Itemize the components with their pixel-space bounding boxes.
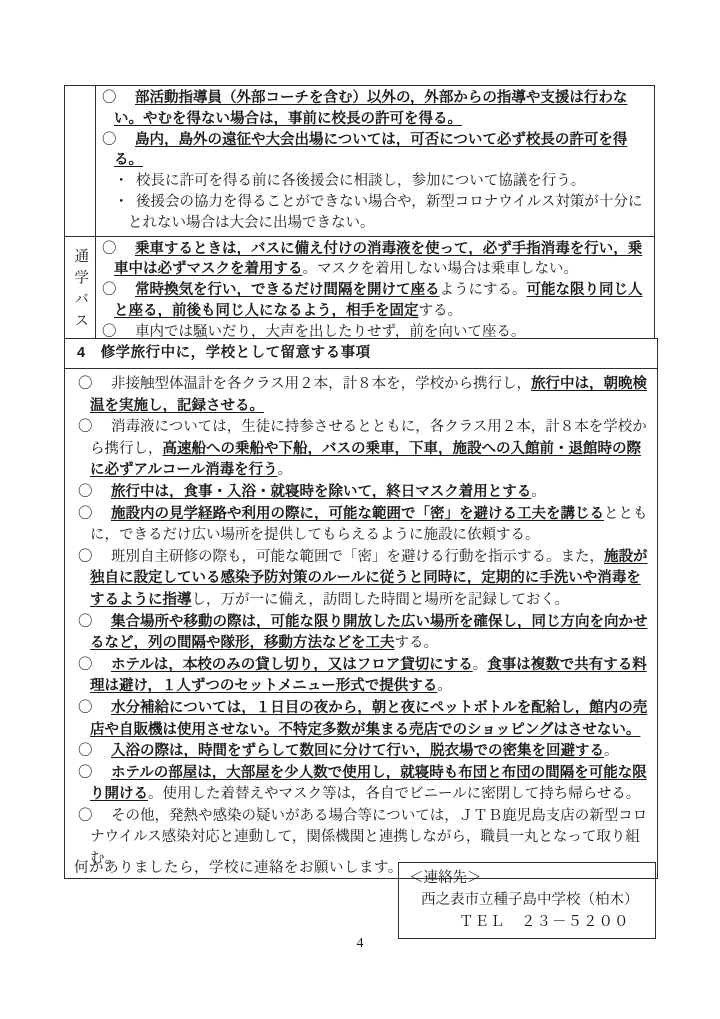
- page-number: 4: [0, 936, 720, 952]
- text-segment: 高速船への乗船や下船，バスの乗車，下車，施設への入館前・退館時の際に必ずアルコー…: [90, 441, 641, 479]
- circle-marker: 〇: [78, 612, 111, 634]
- row-content: 〇部活動指導員（外部コーチを含む）以外の，外部からの指導や支援は行わない。やむを…: [96, 86, 654, 236]
- text-segment: 校長に許可を得る前に各後援会に相談し，参加について協議を行う。: [136, 173, 585, 189]
- text-segment: ようにする。: [440, 282, 527, 298]
- circle-marker: 〇: [78, 482, 111, 504]
- row-label-commute-bus: 通学バス: [65, 237, 96, 345]
- text-segment: 。: [278, 462, 293, 478]
- row-content: 〇乗車するときは，バスに備え付けの消毒液を使って，必ず手指消毒を行い，乗車中は必…: [96, 237, 654, 345]
- circle-marker: 〇: [78, 698, 111, 720]
- text-segment: 集合場所や移動の際は，可能な限り開放した広い場所を確保し，同じ方向を向かせるなど…: [90, 614, 648, 652]
- table-row-commute-bus: 通学バス 〇乗車するときは，バスに備え付けの消毒液を使って，必ず手指消毒を行い，…: [65, 236, 654, 345]
- list-item: 〇施設内の見学経路や利用の際に，可能な範囲で「密」を避ける工夫を講じるとともに，…: [78, 504, 651, 547]
- text-segment: し，万が一に備え，訪問した時間と場所を記録しておく。: [192, 592, 570, 608]
- list-item: 〇部活動指導員（外部コーチを含む）以外の，外部からの指導や支援は行わない。やむを…: [102, 88, 650, 130]
- circle-marker: 〇: [78, 504, 111, 526]
- text-segment: する。: [419, 303, 463, 319]
- circle-marker: 〇: [102, 239, 135, 260]
- list-item: ・後援会の協力を得ることができない場合や，新型コロナウイルス対策が十分にとれない…: [102, 192, 650, 234]
- list-item: 〇水分補給については，１日目の夜から，朝と夜にペットボトルを配給し，館内の売店や…: [78, 698, 651, 741]
- list-item: 〇班別自主研修の際も，可能な範囲で「密」を避ける行動を指示する。また，施設が独自…: [78, 547, 651, 612]
- text-segment: ホテルは，本校のみの貸し切り，又はフロア貸切にする: [111, 657, 473, 673]
- circle-marker: 〇: [102, 130, 135, 151]
- section4-heading: 4 修学旅行中に，学校として留意する事項: [65, 339, 657, 369]
- row-label-empty: [65, 86, 96, 236]
- text-segment: 。: [437, 678, 452, 694]
- commute-bus-label: 通学バス: [73, 248, 88, 334]
- list-item: 〇常時換気を行い，できるだけ間隔を開けて座るようにする。可能な限り同じ人と座る，…: [102, 280, 650, 322]
- circle-marker: 〇: [102, 88, 135, 109]
- text-segment: 。使用した着替えやマスク等は，各自でビニールに密閉して持ち帰らせる。: [148, 786, 640, 802]
- list-item: 〇ホテルは，本校のみの貸し切り，又はフロア貸切にする。食事は複数で共有する料理は…: [78, 655, 651, 698]
- text-segment: 水分補給については，１日目の夜から，朝と夜にペットボトルを配給し，館内の売店や自…: [90, 700, 647, 738]
- section4-content: 〇非接触型体温計を各クラス用２本，計８本を，学校から携行し，旅行中は，朝晩検温を…: [65, 369, 657, 878]
- contact-box: ＜連絡先＞ 西之表市立種子島中学校（柏木） ＴＥＬ ２３－５２００: [398, 862, 656, 939]
- circle-marker: 〇: [78, 806, 111, 828]
- text-segment: 旅行中は，食事・入浴・就寝時を除いて，終日マスク着用とする: [111, 484, 531, 500]
- document-page: 〇部活動指導員（外部コーチを含む）以外の，外部からの指導や支援は行わない。やむを…: [0, 0, 720, 1019]
- list-item: 〇島内，島外の遠征や大会出場については，可否について必ず校長の許可を得る。: [102, 130, 650, 172]
- text-segment: 。: [531, 484, 546, 500]
- list-item: 〇乗車するときは，バスに備え付けの消毒液を使って，必ず手指消毒を行い，乗車中は必…: [102, 239, 650, 281]
- table-row-activities: 〇部活動指導員（外部コーチを含む）以外の，外部からの指導や支援は行わない。やむを…: [65, 86, 654, 236]
- list-item: 〇非接触型体温計を各クラス用２本，計８本を，学校から携行し，旅行中は，朝晩検温を…: [78, 374, 651, 417]
- list-item: 〇旅行中は，食事・入浴・就寝時を除いて，終日マスク着用とする。: [78, 482, 651, 504]
- circle-marker: 〇: [78, 741, 111, 763]
- bullet-marker: ・: [114, 171, 136, 192]
- circle-marker: 〇: [78, 417, 111, 439]
- text-segment: 後援会の協力を得ることができない場合や，新型コロナウイルス対策が十分にとれない場…: [128, 194, 642, 231]
- list-item: ・校長に許可を得る前に各後援会に相談し，参加について協議を行う。: [102, 171, 650, 192]
- circle-marker: 〇: [78, 763, 111, 785]
- circle-marker: 〇: [78, 374, 111, 396]
- conduct-rules-table: 〇部活動指導員（外部コーチを含む）以外の，外部からの指導や支援は行わない。やむを…: [64, 85, 655, 346]
- text-segment: 部活動指導員（外部コーチを含む）以外の，外部からの指導や支援は行わない。やむを得…: [114, 90, 627, 127]
- text-segment: 施設内の見学経路や利用の際に，可能な範囲で「密」を避ける工夫を講じる: [111, 506, 604, 522]
- list-item: 〇ホテルの部屋は，大部屋を少人数で使用し，就寝時も布団と布団の間隔を可能な限り開…: [78, 763, 651, 806]
- circle-marker: 〇: [102, 280, 135, 301]
- text-segment: 入浴の際は，時間をずらして数回に分けて行い，脱衣場での密集を回避する: [111, 743, 604, 759]
- contact-phone: ＴＥＬ ２３－５２００: [399, 911, 655, 933]
- circle-marker: 〇: [78, 655, 111, 677]
- bullet-marker: ・: [114, 192, 136, 213]
- list-item: 〇入浴の際は，時間をずらして数回に分けて行い，脱衣場での密集を回避する。: [78, 741, 651, 763]
- section4-table: 4 修学旅行中に，学校として留意する事項 〇非接触型体温計を各クラス用２本，計８…: [64, 338, 658, 879]
- circle-marker: 〇: [78, 547, 111, 569]
- text-segment: する。: [395, 635, 439, 651]
- closing-note: 何かありましたら，学校に連絡をお願いします。: [74, 856, 403, 877]
- text-segment: 非接触型体温計を各クラス用２本，計８本を，学校から携行し，: [111, 376, 531, 392]
- contact-school-name: 西之表市立種子島中学校（柏木）: [399, 889, 655, 911]
- contact-title: ＜連絡先＞: [399, 867, 655, 889]
- list-item: 〇集合場所や移動の際は，可能な限り開放した広い場所を確保し，同じ方向を向かせるな…: [78, 612, 651, 655]
- text-segment: 。: [604, 743, 619, 759]
- text-segment: 。マスクを着用しない場合は乗車しない。: [303, 261, 579, 277]
- list-item: 〇消毒液については，生徒に持参させるとともに，各クラス用２本，計８本を学校から携…: [78, 417, 651, 482]
- text-segment: 島内，島外の遠征や大会出場については，可否について必ず校長の許可を得る。: [114, 132, 627, 169]
- text-segment: 常時換気を行い，できるだけ間隔を開けて座る: [135, 282, 440, 298]
- text-segment: 。: [473, 657, 488, 673]
- text-segment: 班別自主研修の際も，可能な範囲で「密」を避ける行動を指示する。また，: [111, 549, 604, 565]
